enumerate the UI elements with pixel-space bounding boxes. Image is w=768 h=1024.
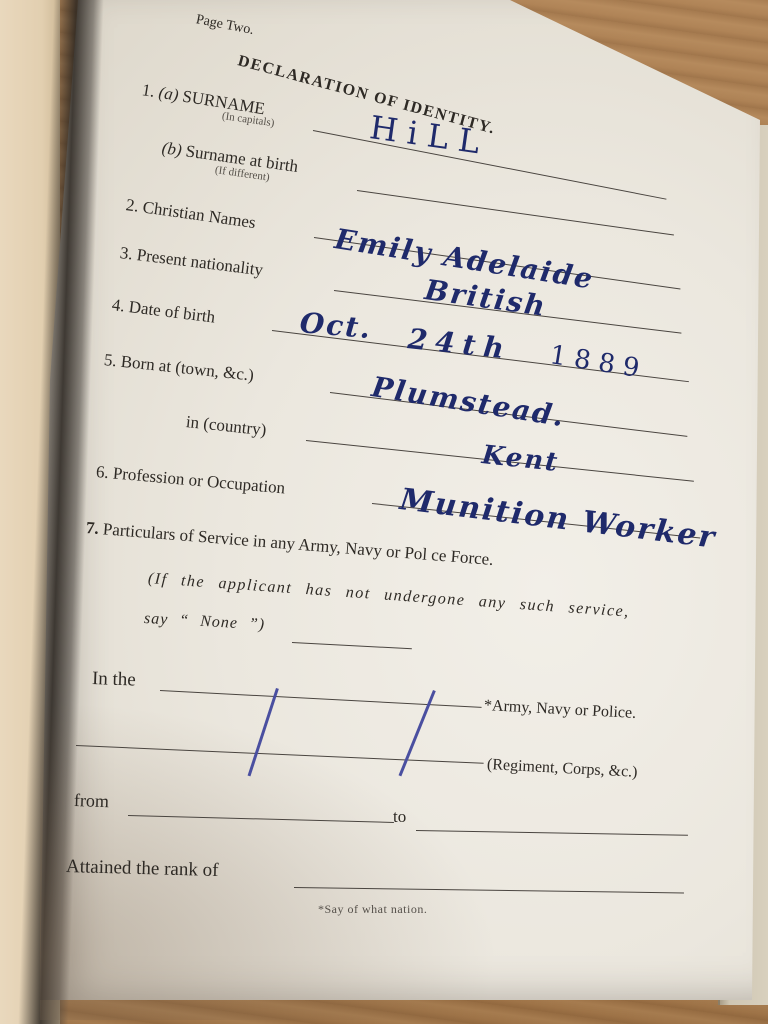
regiment-line[interactable] bbox=[76, 745, 484, 764]
regiment-label: (Regiment, Corps, &c.) bbox=[487, 756, 638, 782]
service-heading: 7. Particulars of Service in any Army, N… bbox=[85, 518, 494, 570]
rank-line[interactable] bbox=[294, 887, 684, 893]
field-occupation-value[interactable]: Munition Worker bbox=[398, 482, 718, 556]
field-born-at-label: 5. Born at (town, &c.) bbox=[103, 350, 255, 386]
field-born-at-value[interactable]: Plumstead. bbox=[369, 370, 567, 433]
field-dob-year[interactable]: 1889 bbox=[548, 340, 650, 385]
rank-label: Attained the rank of bbox=[66, 856, 219, 882]
field-occupation-label: 6. Profession or Occupation bbox=[95, 462, 286, 498]
field-nationality-label: 3. Present nationality bbox=[119, 243, 264, 280]
from-label: from bbox=[74, 790, 110, 812]
field-christian-names-label: 2. Christian Names bbox=[125, 195, 257, 233]
footnote: *Say of what nation. bbox=[318, 902, 427, 917]
service-instruction-2: say “ None ”) bbox=[144, 610, 266, 634]
field-country-label: in (country) bbox=[185, 412, 267, 440]
service-none-line[interactable] bbox=[292, 642, 412, 649]
to-label: to bbox=[393, 807, 406, 827]
strikethrough-slash-1 bbox=[248, 688, 279, 776]
army-navy-police-label: *Army, Navy or Police. bbox=[484, 697, 637, 723]
in-the-label: In the bbox=[92, 668, 137, 692]
from-date-line[interactable] bbox=[128, 815, 394, 823]
to-date-line[interactable] bbox=[416, 830, 688, 836]
field-country-value[interactable]: Kent bbox=[480, 440, 560, 478]
field-surname-birth-line[interactable] bbox=[357, 190, 674, 236]
field-dob-label: 4. Date of birth bbox=[111, 295, 217, 328]
field-dob-month[interactable]: Oct. bbox=[299, 306, 374, 345]
field-surname-hint: (In capitals) bbox=[221, 110, 275, 129]
declaration-form: Page Two. DECLARATION OF IDENTITY. 1. (a… bbox=[0, 0, 768, 1024]
page-label: Page Two. bbox=[194, 12, 255, 39]
field-dob-day[interactable]: 24th bbox=[406, 322, 513, 366]
